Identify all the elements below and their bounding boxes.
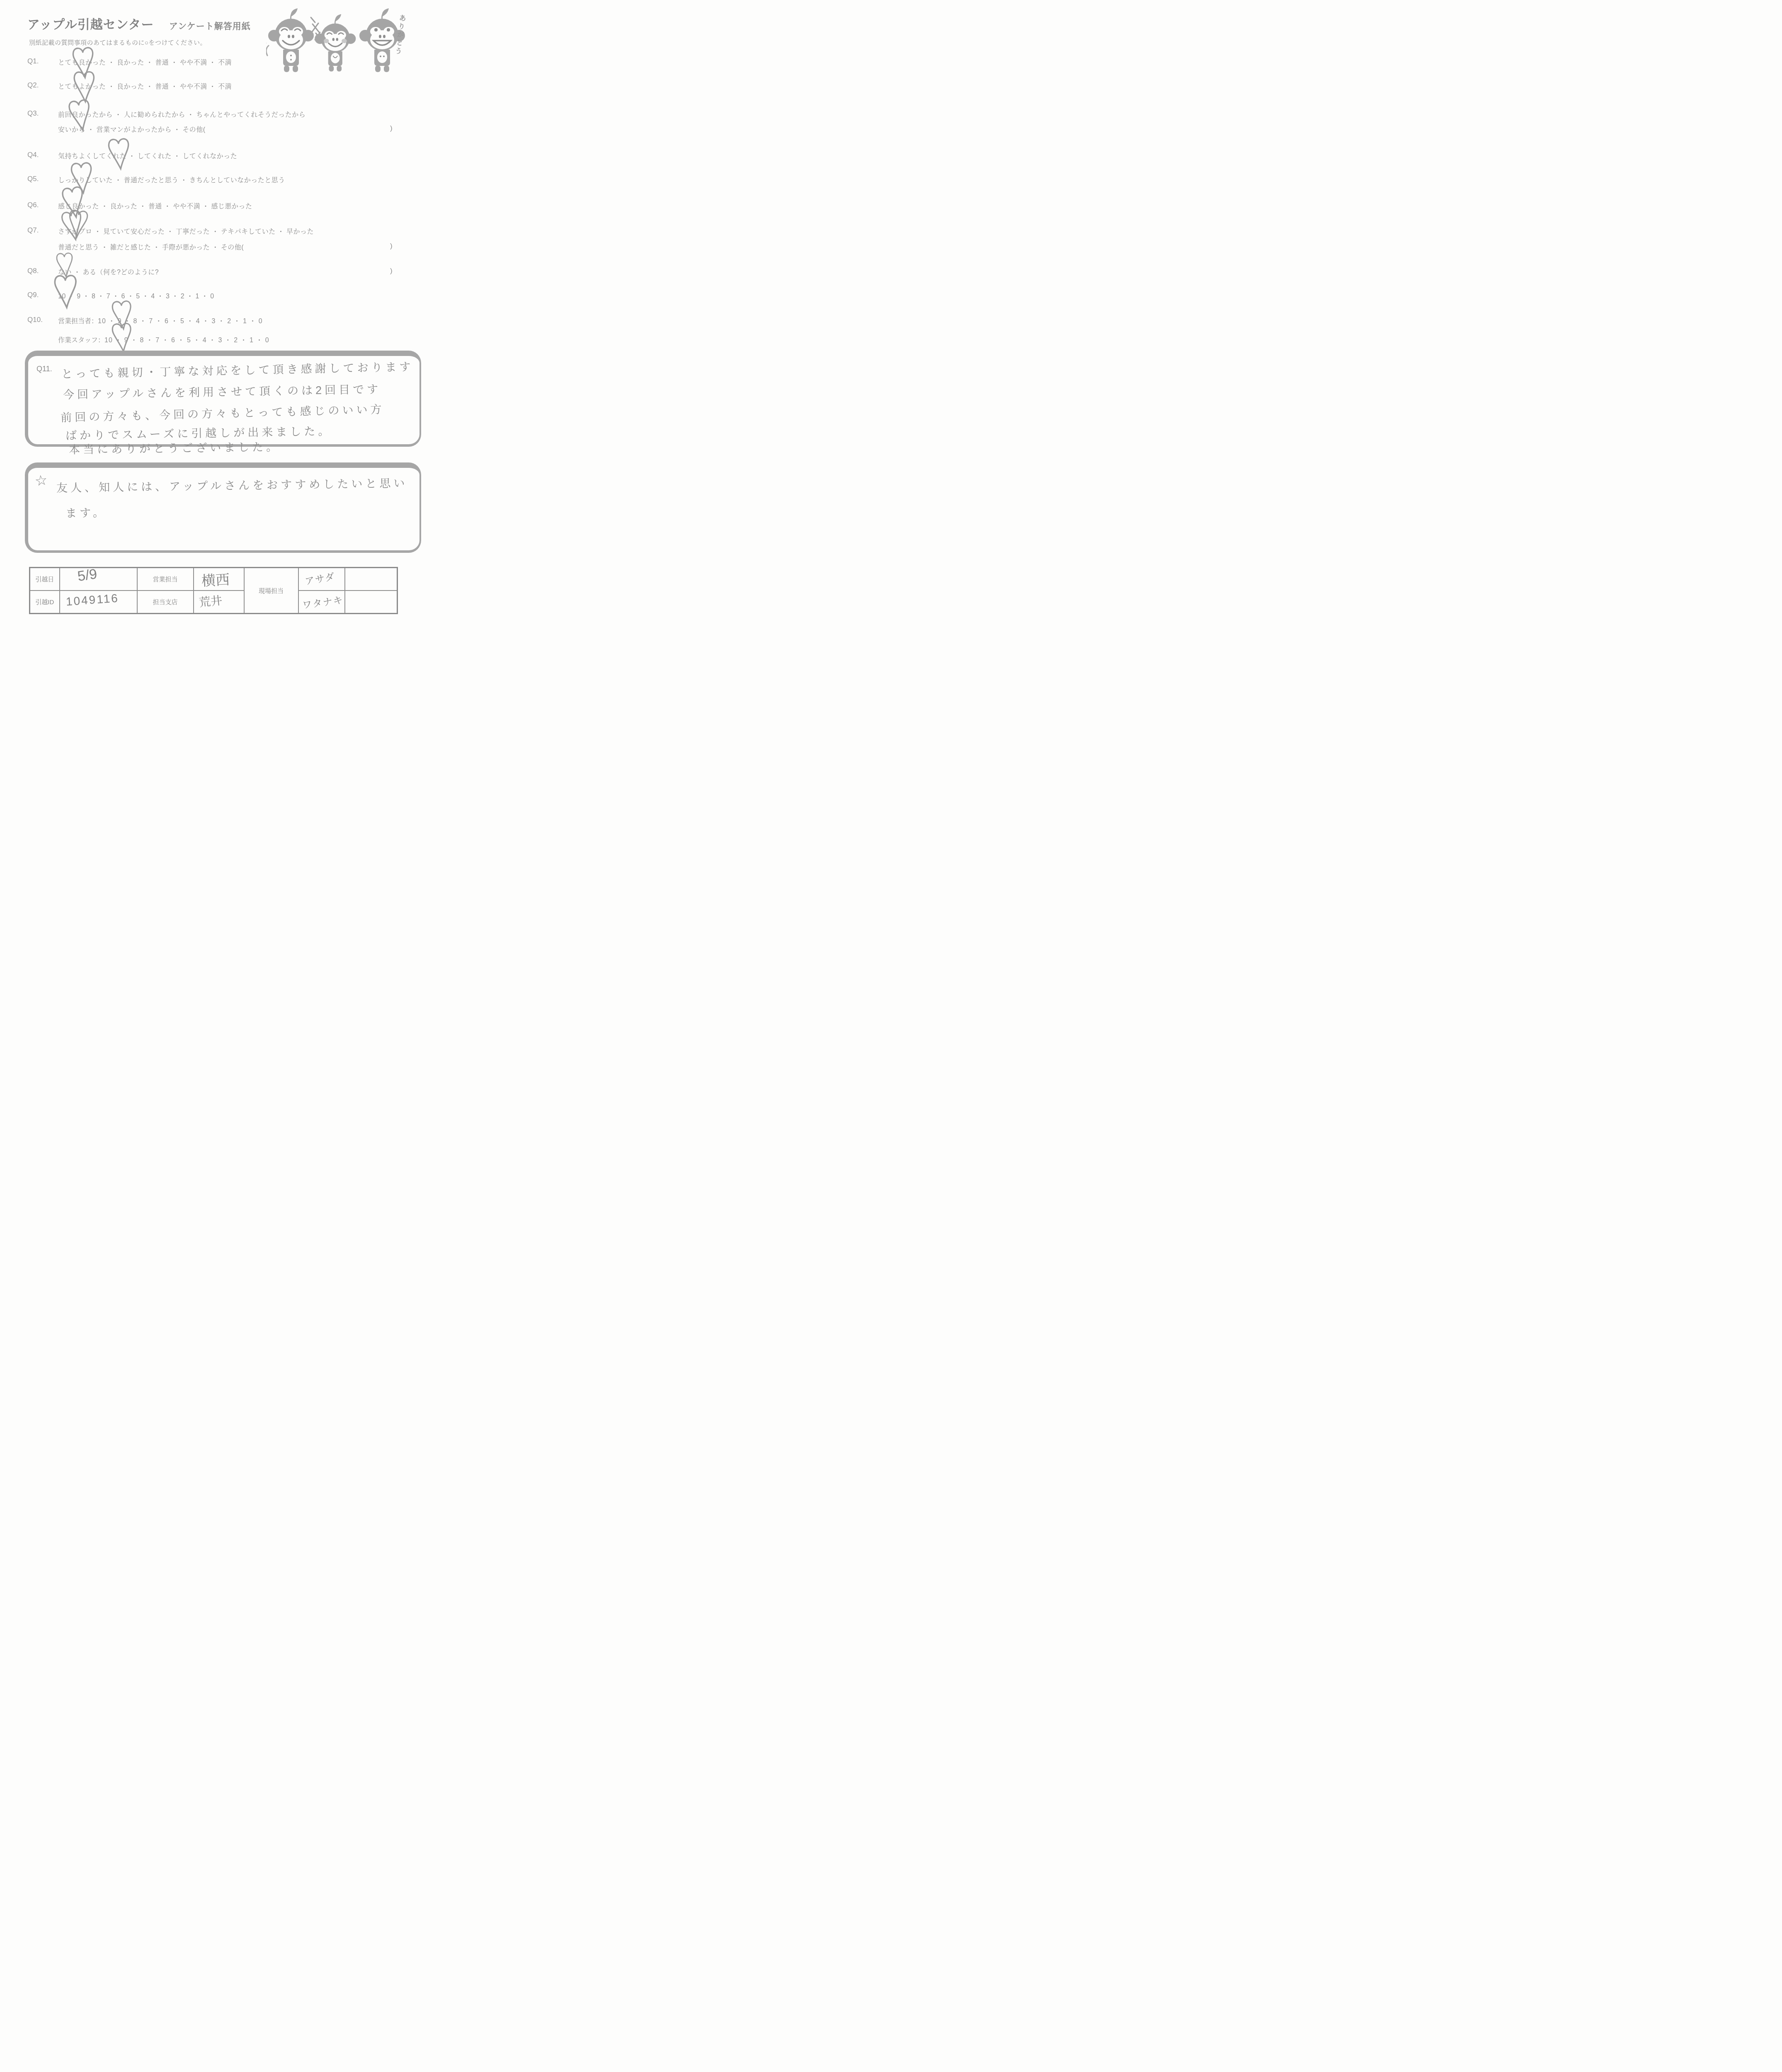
question-q8-label: Q8.	[27, 267, 39, 275]
site-rep-bottom-handwriting: ワタナキ	[301, 592, 344, 612]
move-date-value-handwriting: 5/9	[76, 566, 98, 585]
move-id-cell: 1049116	[60, 591, 137, 614]
question-q7-label: Q7.	[27, 226, 39, 235]
question-q3-options-line1: 前回良かったから ・ 人に勧められたから ・ ちゃんとやってくれそうだったから	[58, 109, 305, 119]
sales-rep-value-handwriting: 横西	[201, 568, 230, 590]
question-q3-paren-close: )	[390, 124, 393, 133]
heart-mark-q4	[106, 135, 132, 173]
q10-colon: ：	[91, 318, 98, 325]
question-q3-label: Q3.	[27, 109, 39, 118]
site-rep-top-cell: アサダ	[298, 568, 345, 591]
question-q9-label: Q9.	[27, 291, 39, 299]
q10-colon2: ：	[98, 337, 104, 344]
table-row: 引越日 5/9 営業担当 横西 現場担当 アサダ	[30, 568, 398, 591]
question-q10-row-sales: 営業担当者：10 ・ 9 ・ 8 ・ 7 ・ 6 ・ 5 ・ 4 ・ 3 ・ 2…	[58, 316, 263, 325]
question-q10-row-staff: 作業スタッフ：10 ・ 9 ・ 8 ・ 7 ・ 6 ・ 5 ・ 4 ・ 3 ・ …	[58, 335, 269, 344]
star-mark: ☆	[34, 472, 48, 490]
branch-label: 担当支店	[137, 591, 194, 614]
q11-handwriting-line5: 本当にありがとうございました。	[69, 438, 280, 457]
question-q1-label: Q1.	[27, 57, 39, 65]
question-q2-label: Q2.	[27, 81, 39, 90]
question-q8-paren-close: )	[390, 267, 393, 275]
q10-sales-label: 営業担当者	[58, 318, 91, 325]
footer-info-table: 引越日 5/9 営業担当 横西 現場担当 アサダ 引越ID 1049116 担当…	[29, 567, 398, 614]
recommend-handwriting-line2: ます。	[65, 503, 107, 520]
instruction-text: 別紙記載の質問事項のあてはまるものに○をつけてください。	[29, 38, 206, 47]
monkey-mascots-icon	[266, 7, 411, 72]
table-row: 引越ID 1049116 担当支店 荒井 ワタナキ	[30, 591, 398, 614]
question-q11-label: Q11.	[36, 365, 52, 373]
move-date-label: 引越日	[30, 568, 60, 591]
heart-mark-q9	[53, 271, 80, 311]
heart-mark-q7-b	[66, 207, 90, 240]
q10-staff-label: 作業スタッフ	[58, 337, 98, 344]
question-q5-label: Q5.	[27, 175, 39, 183]
branch-cell: 荒井	[194, 591, 244, 614]
empty-cell-bottom	[345, 591, 398, 614]
sales-rep-cell: 横西	[194, 568, 244, 591]
site-rep-bottom-cell: ワタナキ	[298, 591, 345, 614]
sales-rep-label: 営業担当	[137, 568, 194, 591]
question-q4-options: 気持ちよくしてくれた ・ してくれた ・ してくれなかった	[58, 151, 237, 160]
question-q9-scale: 10 ・ 9 ・ 8 ・ 7 ・ 6 ・ 5 ・ 4 ・ 3 ・ 2 ・ 1 ・…	[58, 291, 214, 300]
empty-cell-top	[345, 568, 398, 591]
question-q10-label: Q10.	[27, 316, 43, 324]
question-q6-label: Q6.	[27, 201, 39, 209]
site-rep-label: 現場担当	[244, 568, 298, 614]
question-q4-label: Q4.	[27, 151, 39, 159]
move-id-label: 引越ID	[30, 591, 60, 614]
move-id-value-handwriting: 1049116	[65, 592, 119, 609]
question-q7-paren-close: )	[390, 242, 393, 250]
question-q7-options-line2: 普通だと思う ・ 雑だと感じた ・ 手際が悪かった ・ その他(	[58, 242, 244, 252]
move-date-cell: 5/9	[60, 568, 137, 591]
question-q7-options-line1: さすがプロ ・ 見ていて安心だった ・ 丁寧だった ・ テキパキしていた ・ 早…	[58, 226, 314, 236]
branch-value-handwriting: 荒井	[198, 591, 223, 610]
brand-title: アップル引越センター	[27, 14, 154, 32]
heart-mark-q10-staff	[110, 320, 135, 355]
site-rep-top-handwriting: アサダ	[303, 569, 336, 588]
form-title: アンケート解答用紙	[169, 19, 251, 32]
